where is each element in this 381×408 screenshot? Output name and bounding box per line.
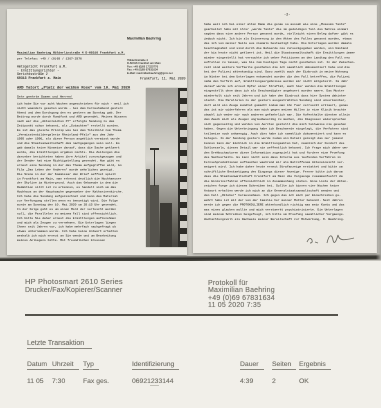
letterhead-lines: Hölderlinstraße 4D-60316 Frankfurt am Ma…	[127, 59, 173, 75]
letter-body-page2: habe weil ich bei einer alten Dame die g…	[204, 22, 369, 222]
table-column-identifizierung: Identifizierung 06921233144	[132, 353, 179, 385]
column-header-typ: Typ	[83, 361, 99, 370]
subject-line: ARD Tatort „Platz der weißen Rose" vom 1…	[17, 86, 130, 90]
date-line: Frankfurt, 11. Mai 2020	[140, 77, 186, 81]
table-column-typ: Typ Fax ges.	[83, 353, 109, 385]
recipient-line: 60313 Frankfurt a. Main	[17, 76, 67, 80]
table-column-dauer: Dauer 4:39	[240, 353, 264, 385]
header-divider	[25, 314, 338, 316]
letter-body-page1: ich habe Sie vor acht Wochen angeschrieb…	[17, 102, 145, 243]
section-title-wrap: Letzte Transaktion	[27, 332, 92, 350]
column-header-ergebnis: Ergebnis	[299, 361, 331, 370]
street-lamp	[154, 148, 155, 186]
cell-datum: 11 05	[27, 378, 52, 385]
cell-identifizierung: 06921233144	[132, 378, 179, 385]
table-column-seiten: Seiten 2	[272, 353, 296, 385]
fax-protocol-printout: Maximilian Baehring Hölderlinstraße 4D-6…	[0, 0, 381, 408]
recipient-address: Amtsgericht Frankfurt a.M.- Ermittlungsr…	[17, 65, 67, 80]
salutation-line: Sehr geehrte Damen und Herren!	[17, 95, 73, 99]
cell-typ: Fax ges.	[83, 378, 109, 385]
table-column-datum: Datum 11 05	[27, 353, 52, 385]
column-header-dauer: Dauer	[240, 361, 264, 370]
street-photo	[146, 88, 187, 247]
column-header-datum: Datum	[27, 361, 52, 370]
building-silhouette	[150, 185, 159, 247]
protocol-owner-name: Maximilian Baehring	[208, 287, 275, 294]
device-title: HP Photosmart 2610 Series	[25, 278, 123, 287]
cell-uhrzeit: 7:30	[52, 378, 79, 385]
column-header-uhrzeit: Uhrzeit	[52, 361, 79, 370]
column-header-identifizierung: Identifizierung	[132, 361, 179, 370]
scanned-letter-preview: Maximilian Baehring Hölderlinstraße 4D-6…	[0, 0, 381, 258]
scan-artifact	[150, 385, 159, 386]
fax-report: HP Photosmart 2610 Series Drucker/Fax/Ko…	[0, 261, 381, 408]
cell-seiten: 2	[272, 378, 296, 385]
letter-page-1: Maximilian Baehring Hölderlinstraße 4D-6…	[7, 9, 187, 255]
cell-ergebnis: OK	[299, 378, 331, 385]
building-silhouette	[160, 203, 172, 247]
letterhead-line: E-Mail: maximilianbaehring@gmx.net	[127, 72, 173, 75]
fax-number-line: per Telefax: +49 / (0)69 / 1367-2976	[17, 57, 82, 61]
section-title: Letzte Transaktion	[27, 340, 92, 349]
protocol-datetime: 11 05 2020 7:35	[208, 302, 275, 309]
cell-dauer: 4:39	[240, 378, 264, 385]
body-text-line: Hochachtungsvoll als Nachweis meiner Ber…	[204, 217, 369, 222]
protocol-owner-fax: +49 (0)69 67831634	[208, 295, 275, 302]
device-header: HP Photosmart 2610 Series Drucker/Fax/Ko…	[25, 278, 123, 295]
protocol-header: Protokoll für Maximilian Baehring +49 (0…	[208, 280, 275, 309]
letterhead-name: Maximilian Baehring	[127, 37, 173, 41]
table-column-ergebnis: Ergebnis OK	[299, 353, 331, 385]
page-number: -2-	[284, 13, 290, 17]
handwritten-signature	[301, 227, 356, 249]
table-column-uhrzeit: Uhrzeit 7:30	[52, 353, 79, 385]
letter-page-2: -2- habe weil ich bei einer alten Dame d…	[193, 5, 377, 253]
film-strip-edge	[178, 88, 187, 247]
letterhead: Maximilian Baehring Hölderlinstraße 4D-6…	[127, 19, 173, 93]
body-text-line: meines Anliegens bitte. Mit freundlichen…	[17, 238, 145, 242]
sender-address-line: Maximilian Baehring Hölderlinstraße 4 D-…	[17, 51, 125, 55]
device-subtitle: Drucker/Fax/Kopierer/Scanner	[25, 287, 123, 296]
column-header-seiten: Seiten	[272, 361, 296, 370]
